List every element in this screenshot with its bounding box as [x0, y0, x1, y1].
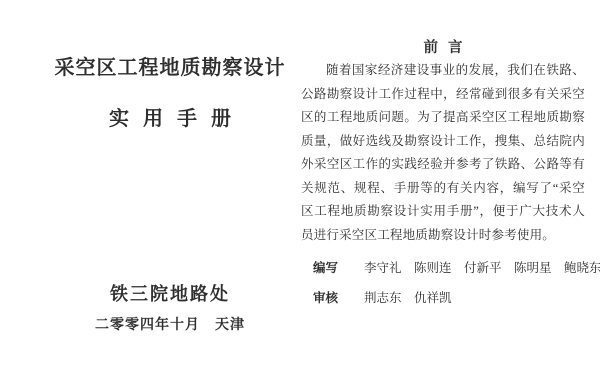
publish-date-place: 二零零四年十月 天津 — [20, 314, 320, 334]
credits-label-reviewers: 审核 — [313, 288, 338, 306]
credits-names-reviewers: 荆志东 仇祥凯 — [364, 288, 452, 306]
cover-title: 采空区工程地质勘察设计 — [20, 51, 320, 80]
credits-block: 编写 李守礼 陈则连 付新平 陈明星 鲍晓东 审核 荆志东 仇祥凯 — [313, 258, 585, 318]
document-page: 采空区工程地质勘察设计 实用手册 铁三院地路处 二零零四年十月 天津 前言 随着… — [0, 0, 600, 382]
cover-column: 采空区工程地质勘察设计 实用手册 铁三院地路处 二零零四年十月 天津 — [20, 0, 320, 382]
credits-label-editors: 编写 — [313, 258, 338, 276]
cover-subtitle: 实用手册 — [20, 102, 320, 131]
preface-heading: 前言 — [301, 36, 585, 57]
preface-column: 前言 随着国家经济建设事业的发展，我们在铁路、公路勘察设计工作过程中，经常碰到很… — [301, 0, 585, 382]
preface-paragraph: 随着国家经济建设事业的发展，我们在铁路、公路勘察设计工作过程中，经常碰到很多有关… — [301, 59, 585, 247]
credits-row-reviewers: 审核 荆志东 仇祥凯 — [313, 288, 585, 306]
credits-names-editors: 李守礼 陈则连 付新平 陈明星 鲍晓东 — [364, 258, 600, 276]
organization-name: 铁三院地路处 — [20, 280, 320, 306]
credits-row-editors: 编写 李守礼 陈则连 付新平 陈明星 鲍晓东 — [313, 258, 585, 276]
